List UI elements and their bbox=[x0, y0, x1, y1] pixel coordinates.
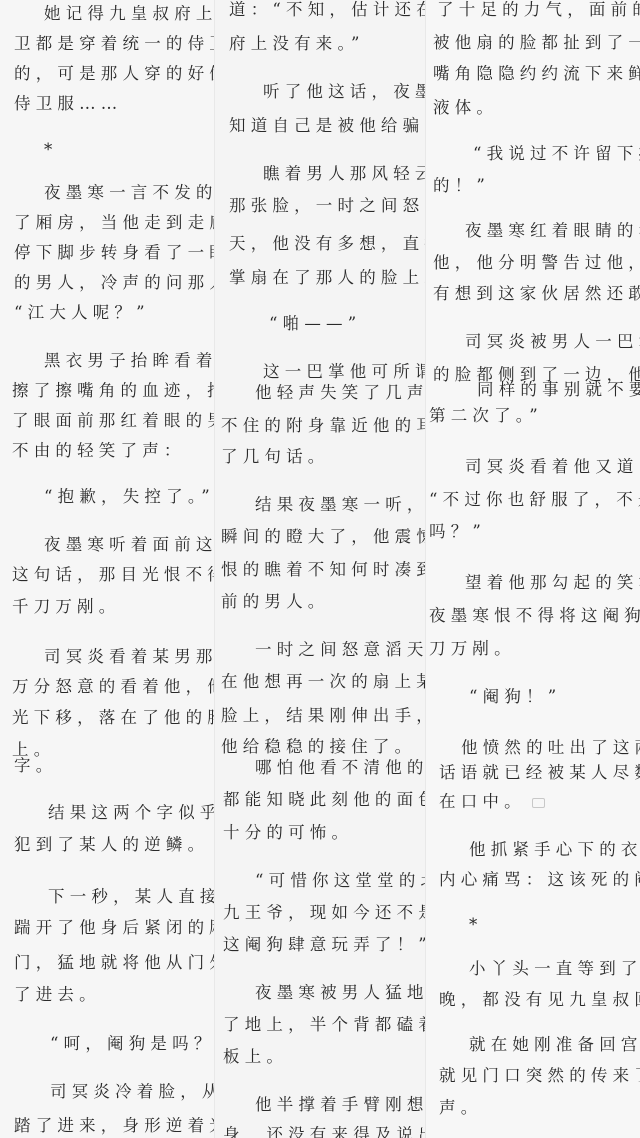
text-column-left: 她记得九皇叔府上的侍卫都是穿着统一的侍卫服的，可是那人穿的好像不是侍卫服……*夜… bbox=[0, 0, 215, 1138]
text-line: 犯到了某人的逆鳞。 bbox=[14, 835, 209, 855]
text-line: “呵，阉狗是吗？” bbox=[50, 1034, 215, 1054]
text-line: “啪——” bbox=[269, 314, 361, 334]
text-line: 司冥炎看着某男那眼神 bbox=[44, 647, 215, 667]
text-line: “阉狗！” bbox=[469, 687, 561, 707]
text-line: 前的男人。 bbox=[221, 592, 330, 612]
text-line: 望着他那勾起的笑容， bbox=[465, 573, 640, 593]
text-line: 夜墨寒红着眼睛的看着 bbox=[465, 221, 640, 241]
text-line: 这阉狗肆意玩弄了！” bbox=[223, 935, 427, 955]
column-divider bbox=[214, 0, 215, 1138]
text-line: 他轻声失笑了几声，忍 bbox=[255, 383, 427, 403]
text-line: 门，猛地就将他从门外给推 bbox=[14, 953, 215, 973]
text-line: 下一秒，某人直接一脚 bbox=[48, 887, 215, 907]
text-line: 这一巴掌他可所谓是用 bbox=[263, 362, 427, 382]
text-line: 板上。 bbox=[223, 1047, 288, 1067]
text-line: 听了他这话，夜墨寒就 bbox=[263, 82, 427, 102]
text-line: 他愤然的吐出了这两 bbox=[461, 738, 640, 758]
text-line: 恨的瞧着不知何时凑到他跟 bbox=[221, 560, 427, 580]
text-line: 的，可是那人穿的好像不是 bbox=[14, 64, 215, 84]
text-line: 了十足的力气，面前的男人 bbox=[437, 0, 640, 20]
text-line: 在口中。 bbox=[439, 792, 545, 812]
text-line: 黑衣男子抬眸看着他， bbox=[44, 351, 215, 371]
text-line: 夜墨寒被男人猛地推到 bbox=[255, 983, 427, 1003]
text-line: 夜墨寒一言不发的走出 bbox=[44, 183, 215, 203]
text-line: 脸上，结果刚伸出手，就被 bbox=[221, 706, 427, 726]
text-line: 字。 bbox=[14, 756, 57, 776]
text-line: 身，还没有来得及说出口， bbox=[223, 1125, 427, 1138]
text-line: 瞬间的瞪大了，他震惊又愤 bbox=[221, 527, 427, 547]
text-line: * bbox=[44, 140, 57, 160]
text-line: “江大人呢？” bbox=[14, 303, 150, 323]
text-line: 在他想再一次的扇上某人的 bbox=[221, 672, 427, 692]
text-line: 踏了进来，身形逆着光。 bbox=[14, 1116, 215, 1136]
text-line: 她记得九皇叔府上的侍 bbox=[44, 4, 215, 24]
text-line: 嘴角隐隐约约流下来鲜红的 bbox=[433, 64, 640, 84]
text-line: “抱歉，失控了。” bbox=[44, 487, 215, 507]
text-line: 司冥炎看着他又道： bbox=[465, 457, 640, 477]
text-line: 他给稳稳的接住了。 bbox=[221, 737, 416, 757]
text-line: 千刀万剐。 bbox=[12, 597, 121, 617]
text-line: 他，他分明警告过他，可没 bbox=[433, 253, 640, 273]
text-line: 司冥炎被男人一巴掌打 bbox=[465, 332, 640, 352]
text-line: 道：“不知，估计还在他的 bbox=[229, 0, 427, 20]
text-line: 踹开了他身后紧闭的厢房 bbox=[14, 918, 215, 938]
text-line: 就在她刚准备回宫时， bbox=[469, 1035, 640, 1055]
text-line: 那张脸，一时之间怒意滔 bbox=[229, 196, 427, 216]
text-line: 万分怒意的看着他，他的目 bbox=[12, 677, 215, 697]
text-line: 侍卫服…… bbox=[14, 94, 123, 114]
text-line: 卫都是穿着统一的侍卫服 bbox=[14, 34, 215, 54]
text-line: 瞧着男人那风轻云淡的 bbox=[263, 164, 427, 184]
text-line: 停下脚步转身看了一眼身后 bbox=[14, 243, 215, 263]
text-line: 知道自己是被他给骗了。 bbox=[229, 116, 427, 136]
text-line: 不由的轻笑了声： bbox=[12, 441, 186, 461]
text-column-middle: 道：“不知，估计还在他的府上没有来。”听了他这话，夜墨寒就知道自己是被他给骗了。… bbox=[215, 0, 427, 1138]
text-line: “不过你也舒服了，不是 bbox=[429, 490, 640, 510]
text-line: 这句话，那目光恨不得将他 bbox=[12, 565, 215, 585]
text-line: 声。 bbox=[439, 1098, 482, 1118]
text-line: 有想到这家伙居然还敢！ bbox=[433, 284, 640, 304]
text-line: 了几句话。 bbox=[221, 447, 330, 467]
text-line: 不住的附身靠近他的耳边说 bbox=[221, 416, 427, 436]
text-line: 夜墨寒听着面前这人的 bbox=[44, 535, 215, 555]
text-line: “我说过不许留下痕迹 bbox=[473, 144, 640, 164]
text-line: 一时之间怒意滔天，就 bbox=[255, 640, 427, 660]
text-line: 晚，都没有见九皇叔回来。 bbox=[439, 990, 640, 1010]
text-line: 都能知晓此刻他的面色定然 bbox=[223, 790, 427, 810]
text-line: 掌扇在了那人的脸上。 bbox=[229, 268, 427, 288]
text-line: 九王爷，现如今还不是被我 bbox=[223, 903, 427, 923]
text-line: * bbox=[469, 915, 482, 935]
text-line: 府上没有来。” bbox=[229, 34, 365, 54]
text-line: 被他扇的脸都扯到了一边， bbox=[433, 33, 640, 53]
text-line: 他抓紧手心下的衣料， bbox=[469, 840, 640, 860]
text-line: 了眼面前那红着眼的男人， bbox=[12, 411, 215, 431]
comment-icon[interactable] bbox=[532, 798, 545, 808]
text-line: 吗？” bbox=[429, 522, 486, 542]
text-line: 结果这两个字似乎是触 bbox=[48, 803, 215, 823]
text-line: 擦了擦嘴角的血迹，抬头看 bbox=[12, 381, 215, 401]
text-line: 十分的可怖。 bbox=[223, 823, 353, 843]
text-line: 小丫头一直等到了傍 bbox=[469, 959, 640, 979]
text-line: 光下移，落在了他的脖子 bbox=[12, 708, 215, 728]
text-line: 的男人，冷声的问那人道： bbox=[14, 273, 215, 293]
text-line: 第二次了。” bbox=[429, 406, 543, 426]
text-line: 了进去。 bbox=[14, 985, 101, 1005]
text-line: 内心痛骂：这该死的阉狗！ bbox=[439, 870, 640, 890]
text-line: 哪怕他看不清他的脸， bbox=[255, 758, 427, 778]
text-line: 液体。 bbox=[433, 98, 498, 118]
text-line: 同样的事别就不要做 bbox=[477, 380, 640, 400]
text-line: 夜墨寒恨不得将这阉狗给千 bbox=[429, 606, 640, 626]
text-line: 了厢房，当他走到走廊时， bbox=[14, 213, 215, 233]
text-line: 就见门口突然的传来了脚步 bbox=[439, 1066, 640, 1086]
text-line: “可惜你这堂堂的北冥 bbox=[255, 871, 427, 891]
text-line: 话语就已经被某人尽数的堵 bbox=[439, 763, 640, 783]
text-line: 天，他没有多想，直接一巴 bbox=[229, 234, 427, 254]
text-line: 的！” bbox=[433, 176, 490, 196]
text-line: 结果夜墨寒一听，眸子 bbox=[255, 495, 427, 515]
text-line: 了地上，半个背都磕着了地 bbox=[223, 1015, 427, 1035]
text-line: 刀万剐。 bbox=[429, 639, 516, 659]
column-divider bbox=[425, 0, 426, 1138]
text-line: 他半撑着手臂刚想要起 bbox=[255, 1095, 427, 1115]
text-line: 司冥炎冷着脸，从门外 bbox=[50, 1082, 215, 1102]
text-column-right: 了十足的力气，面前的男人被他扇的脸都扯到了一边，嘴角隐隐约约流下来鲜红的液体。“… bbox=[425, 0, 640, 1138]
